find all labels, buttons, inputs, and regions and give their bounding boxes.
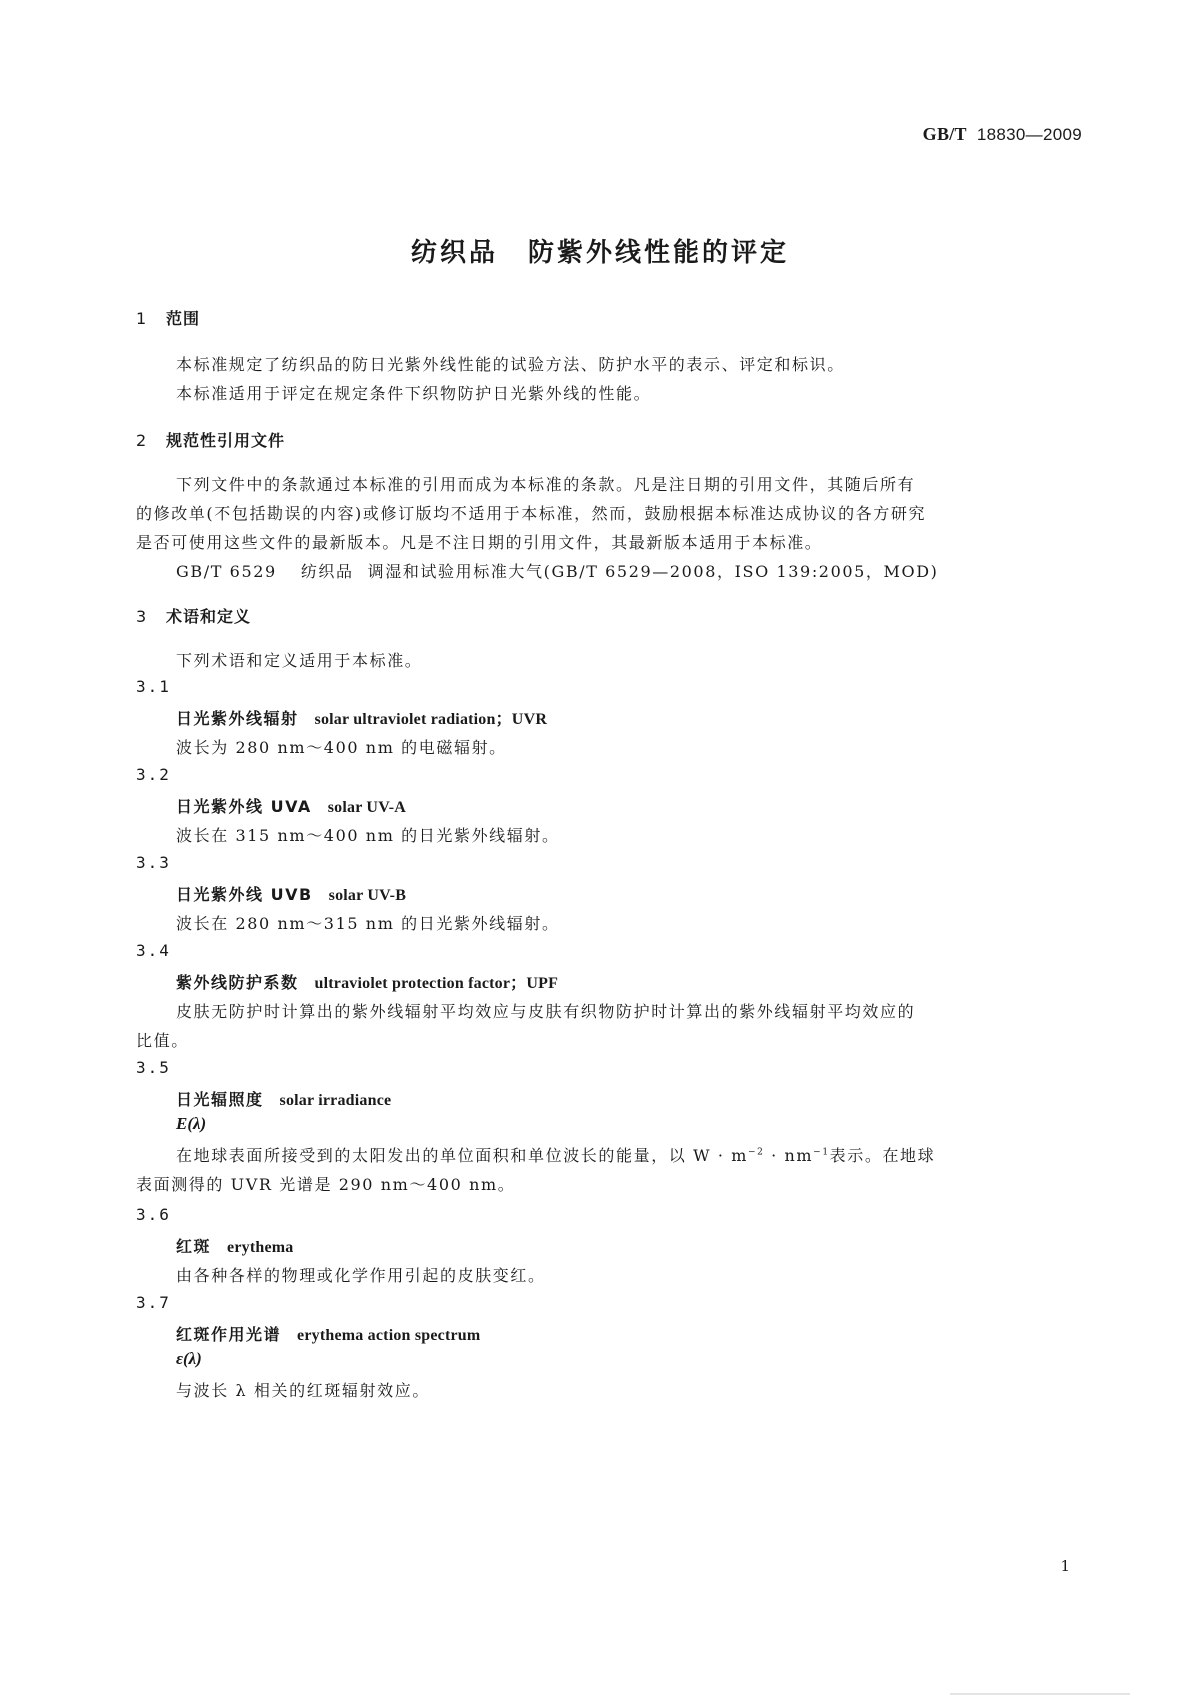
term-symbol: E(λ) [176,1114,206,1134]
term-zh: 日光紫外线 UVA [176,797,312,816]
clause-number: 3.4 [136,941,171,960]
term-title: 日光紫外线辐射solar ultraviolet radiation；UVR [176,706,547,729]
superscript: −1 [813,1148,829,1158]
clause-number: 3.6 [136,1205,171,1224]
clause-number: 3.7 [136,1293,171,1312]
definition-text: 在地球表面所接受到的太阳发出的单位面积和单位波长的能量，以 W · m [176,1146,748,1165]
reference-code: GB/T 6529 [176,562,277,581]
section-number: 3 [136,607,166,626]
title-part-1: 纺织品 [411,238,498,268]
term-en: erythema [227,1239,293,1256]
standard-code: GB/T 18830—2009 [923,124,1082,145]
term-definition: 皮肤无防护时计算出的紫外线辐射平均效应与皮肤有织物防护时计算出的紫外线辐射平均效… [176,999,915,1022]
section-3-heading: 3术语和定义 [136,604,251,627]
term-en: ultraviolet protection factor；UPF [315,975,559,992]
term-zh: 日光辐照度 [176,1090,264,1109]
term-zh: 日光紫外线辐射 [176,709,299,728]
term-en: solar irradiance [280,1092,392,1109]
term-zh: 日光紫外线 UVB [176,885,313,904]
term-zh: 紫外线防护系数 [176,973,299,992]
term-en: solar UV-B [329,887,406,904]
standard-number: 18830—2009 [977,125,1082,144]
clause-number: 3.2 [136,765,171,784]
scan-edge-line [950,1693,1130,1695]
section-title: 术语和定义 [166,607,251,626]
term-zh: 红斑作用光谱 [176,1325,281,1344]
section-2-heading: 2规范性引用文件 [136,428,285,451]
term-definition: 与波长 λ 相关的红斑辐射效应。 [176,1378,430,1401]
definition-text: · nm [764,1146,813,1165]
paragraph: 的修改单(不包括勘误的内容)或修订版均不适用于本标准，然而，鼓励根据本标准达成协… [136,501,926,524]
paragraph: 是否可使用这些文件的最新版本。凡是不注日期的引用文件，其最新版本适用于本标准。 [136,530,822,553]
term-symbol: ε(λ) [176,1349,202,1369]
term-definition: 在地球表面所接受到的太阳发出的单位面积和单位波长的能量，以 W · m−2 · … [176,1143,935,1166]
term-title: 红斑erythema [176,1234,293,1257]
term-definition-cont: 比值。 [136,1028,189,1051]
paragraph: 本标准规定了纺织品的防日光紫外线性能的试验方法、防护水平的表示、评定和标识。 [176,352,845,375]
normative-reference: GB/T 6529纺织品调湿和试验用标准大气(GB/T 6529—2008，IS… [176,559,939,582]
term-title: 紫外线防护系数ultraviolet protection factor；UPF [176,970,558,993]
standard-prefix: GB/T [923,124,967,144]
reference-description: 调湿和试验用标准大气(GB/T 6529—2008，ISO 139:2005，M… [368,562,939,581]
title-part-2: 防紫外线性能的评定 [528,238,789,268]
section-title: 范围 [166,309,200,328]
definition-text: 表示。在地球 [830,1146,936,1165]
paragraph: 下列文件中的条款通过本标准的引用而成为本标准的条款。凡是注日期的引用文件，其随后… [176,472,915,495]
term-definition: 波长在 315 nm～400 nm 的日光紫外线辐射。 [176,823,560,846]
section-title: 规范性引用文件 [166,431,285,450]
term-title: 日光紫外线 UVAsolar UV-A [176,794,406,817]
section-number: 2 [136,431,166,450]
clause-number: 3.5 [136,1058,171,1077]
document-title: 纺织品防紫外线性能的评定 [0,232,1200,269]
reference-title: 纺织品 [301,562,354,581]
term-en: solar UV-A [328,799,406,816]
term-definition-cont: 表面测得的 UVR 光谱是 290 nm～400 nm。 [136,1172,515,1195]
paragraph: 本标准适用于评定在规定条件下织物防护日光紫外线的性能。 [176,381,651,404]
term-title: 日光辐照度solar irradiance [176,1087,391,1110]
term-en: solar ultraviolet radiation；UVR [315,711,548,728]
section-1-heading: 1范围 [136,306,200,329]
page-number: 1 [1060,1557,1070,1575]
term-title: 日光紫外线 UVBsolar UV-B [176,882,406,905]
clause-number: 3.3 [136,853,171,872]
term-definition: 波长在 280 nm～315 nm 的日光紫外线辐射。 [176,911,560,934]
term-zh: 红斑 [176,1237,211,1256]
paragraph: 下列术语和定义适用于本标准。 [176,648,422,671]
section-number: 1 [136,309,166,328]
term-title: 红斑作用光谱erythema action spectrum [176,1322,480,1345]
term-definition: 由各种各样的物理或化学作用引起的皮肤变红。 [176,1263,546,1286]
superscript: −2 [748,1148,764,1158]
term-definition: 波长为 280 nm～400 nm 的电磁辐射。 [176,735,507,758]
term-en: erythema action spectrum [297,1327,480,1344]
clause-number: 3.1 [136,677,171,696]
